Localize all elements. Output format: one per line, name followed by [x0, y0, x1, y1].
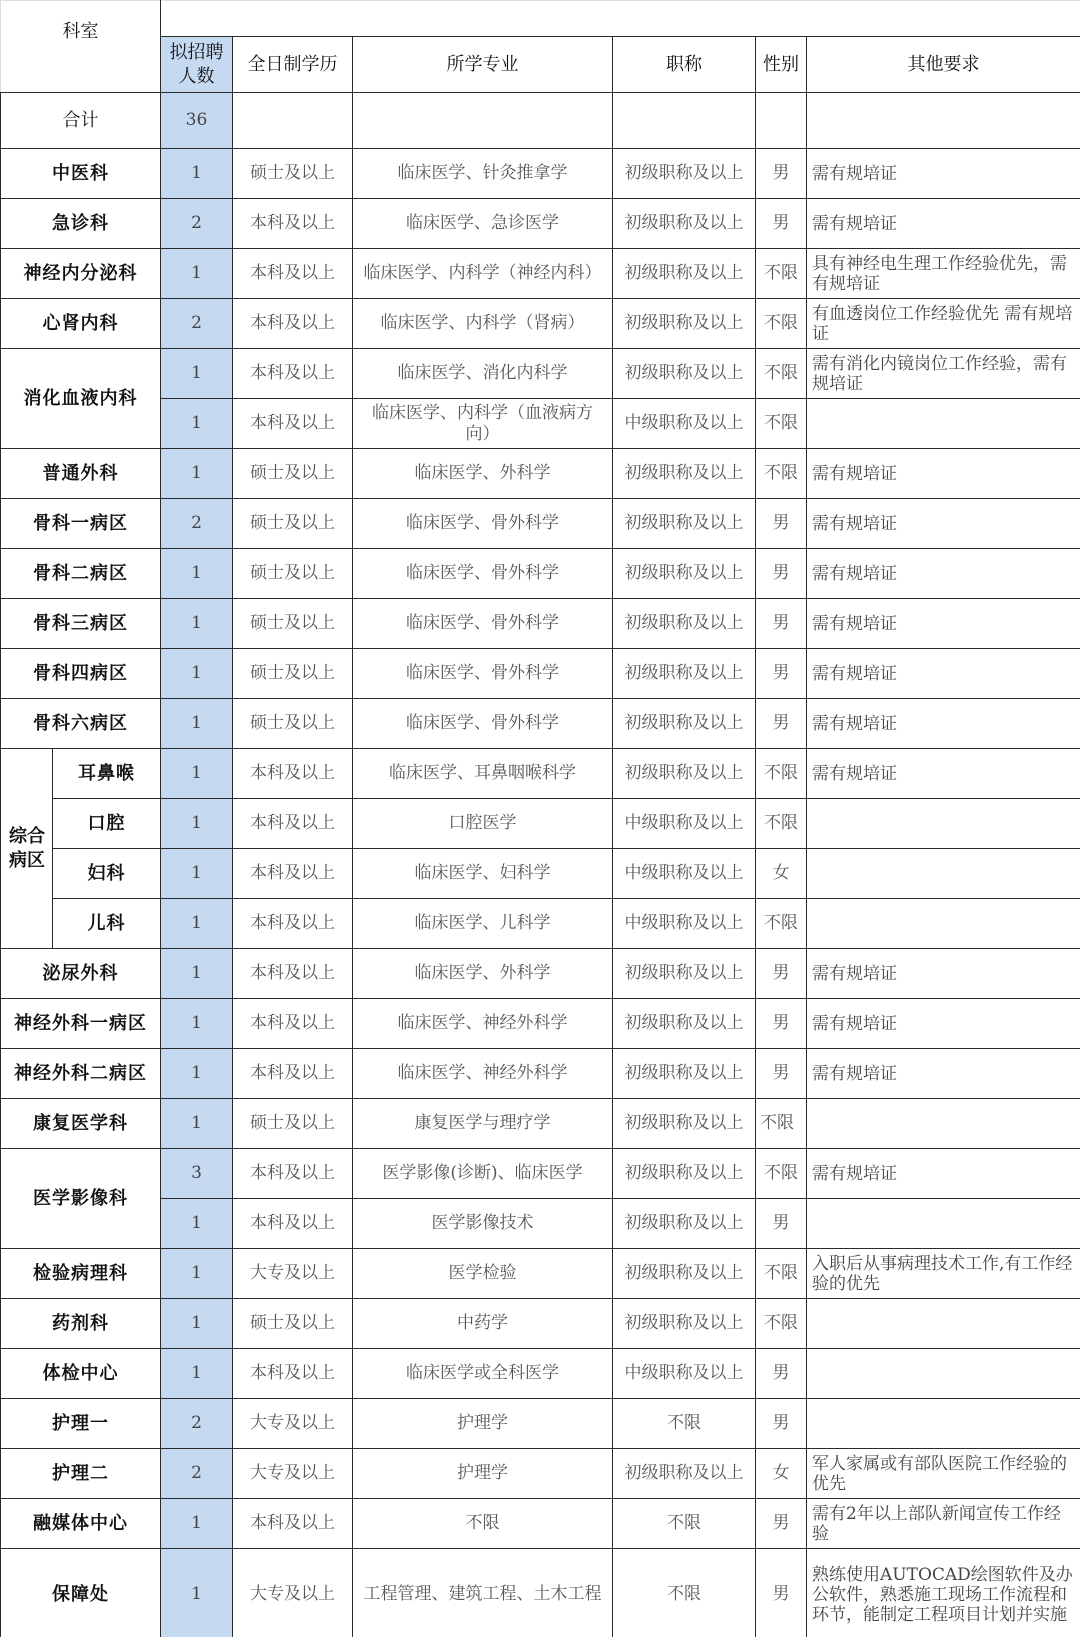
- title-cell: 初级职称及以上: [613, 1149, 756, 1199]
- count-cell: 1: [161, 1549, 233, 1637]
- major-cell: 医学检验: [353, 1249, 613, 1299]
- other-cell: [807, 1099, 1080, 1149]
- education-cell: 硕士及以上: [233, 599, 353, 649]
- title-cell: 初级职称及以上: [613, 1299, 756, 1349]
- education-cell: 本科及以上: [233, 949, 353, 999]
- title-cell: 初级职称及以上: [613, 149, 756, 199]
- title-cell: 初级职称及以上: [613, 549, 756, 599]
- major-cell: 护理学: [353, 1449, 613, 1499]
- gender-cell: 男: [756, 599, 807, 649]
- education-cell: 硕士及以上: [233, 499, 353, 549]
- gender-cell: 男: [756, 1399, 807, 1449]
- dept-cell: 泌尿外科: [1, 949, 161, 999]
- title-cell: 不限: [613, 1499, 756, 1549]
- education-cell: 大专及以上: [233, 1399, 353, 1449]
- gender-cell: 不限: [756, 449, 807, 499]
- dept-cell: 急诊科: [1, 199, 161, 249]
- education-cell: 硕士及以上: [233, 1099, 353, 1149]
- education-cell: 本科及以上: [233, 1049, 353, 1099]
- table-row: 消化血液内科 1 本科及以上 临床医学、消化内科学 初级职称及以上 不限 需有消…: [1, 349, 1080, 399]
- major-cell: 临床医学、内科学（血液病方向）: [353, 399, 613, 449]
- table-row: 骨科一病区 2 硕士及以上 临床医学、骨外科学 初级职称及以上 男 需有规培证: [1, 499, 1080, 549]
- gender-cell: 不限: [756, 349, 807, 399]
- title-cell: 初级职称及以上: [613, 749, 756, 799]
- header-education: 全日制学历: [233, 37, 353, 93]
- count-cell: 1: [161, 149, 233, 199]
- table-row: 中医科 1 硕士及以上 临床医学、针灸推拿学 初级职称及以上 男 需有规培证: [1, 149, 1080, 199]
- education-cell: 大专及以上: [233, 1449, 353, 1499]
- gender-cell: 男: [756, 999, 807, 1049]
- dept-cell: 儿科: [53, 899, 161, 949]
- education-cell: 本科及以上: [233, 849, 353, 899]
- dept-cell: 保障处: [1, 1549, 161, 1637]
- other-cell: 具有神经电生理工作经验优先，需有规培证: [807, 249, 1080, 299]
- cell-empty: [353, 93, 613, 149]
- title-cell: 初级职称及以上: [613, 949, 756, 999]
- title-cell: 初级职称及以上: [613, 649, 756, 699]
- dept-cell: 护理二: [1, 1449, 161, 1499]
- education-cell: 大专及以上: [233, 1549, 353, 1637]
- other-cell: 有血透岗位工作经验优先 需有规培证: [807, 299, 1080, 349]
- title-cell: 不限: [613, 1549, 756, 1637]
- cell-empty: [613, 93, 756, 149]
- table-row: 妇科 1 本科及以上 临床医学、妇科学 中级职称及以上 女: [1, 849, 1080, 899]
- table-row: 康复医学科 1 硕士及以上 康复医学与理疗学 初级职称及以上 不限: [1, 1099, 1080, 1149]
- dept-cell: 中医科: [1, 149, 161, 199]
- gender-cell: 男: [756, 149, 807, 199]
- count-cell: 1: [161, 849, 233, 899]
- education-cell: 硕士及以上: [233, 1299, 353, 1349]
- table-row: 骨科三病区 1 硕士及以上 临床医学、骨外科学 初级职称及以上 男 需有规培证: [1, 599, 1080, 649]
- other-cell: [807, 1349, 1080, 1399]
- table-row: 检验病理科 1 大专及以上 医学检验 初级职称及以上 不限 入职后从事病理技术工…: [1, 1249, 1080, 1299]
- other-cell: [807, 849, 1080, 899]
- major-cell: 不限: [353, 1499, 613, 1549]
- gender-cell: 不限: [756, 899, 807, 949]
- title-cell: 初级职称及以上: [613, 699, 756, 749]
- gender-cell: 不限: [756, 1249, 807, 1299]
- table-row: 1 本科及以上 临床医学、内科学（血液病方向） 中级职称及以上 不限: [1, 399, 1080, 449]
- dept-cell: 药剂科: [1, 1299, 161, 1349]
- gender-cell: 不限: [756, 1149, 807, 1199]
- other-cell: 需有规培证: [807, 449, 1080, 499]
- major-cell: 临床医学或全科医学: [353, 1349, 613, 1399]
- header-blank-band: [161, 1, 1080, 37]
- gender-cell: 不限: [756, 249, 807, 299]
- major-cell: 医学影像技术: [353, 1199, 613, 1249]
- major-cell: 中药学: [353, 1299, 613, 1349]
- total-label: 合计: [1, 93, 161, 149]
- table-row: 儿科 1 本科及以上 临床医学、儿科学 中级职称及以上 不限: [1, 899, 1080, 949]
- group-label: 综合病区: [9, 825, 47, 873]
- other-cell: [807, 1299, 1080, 1349]
- header-major: 所学专业: [353, 37, 613, 93]
- count-cell: 1: [161, 549, 233, 599]
- gender-cell: 不限: [756, 399, 807, 449]
- count-cell: 1: [161, 1249, 233, 1299]
- education-cell: 本科及以上: [233, 799, 353, 849]
- gender-cell: 不限: [756, 749, 807, 799]
- dept-cell: 口腔: [53, 799, 161, 849]
- count-cell: 2: [161, 1449, 233, 1499]
- table-row: 1 本科及以上 医学影像技术 初级职称及以上 男: [1, 1199, 1080, 1249]
- title-cell: 初级职称及以上: [613, 199, 756, 249]
- count-cell: 1: [161, 1499, 233, 1549]
- count-cell: 1: [161, 1299, 233, 1349]
- education-cell: 本科及以上: [233, 399, 353, 449]
- gender-cell: 不限: [756, 299, 807, 349]
- count-cell: 1: [161, 349, 233, 399]
- count-cell: 1: [161, 1099, 233, 1149]
- title-cell: 初级职称及以上: [613, 349, 756, 399]
- major-cell: 临床医学、骨外科学: [353, 599, 613, 649]
- gender-cell: 男: [756, 1499, 807, 1549]
- dept-cell: 骨科二病区: [1, 549, 161, 599]
- gender-cell: 女: [756, 1449, 807, 1499]
- other-cell: 需有规培证: [807, 199, 1080, 249]
- dept-cell: 妇科: [53, 849, 161, 899]
- other-cell: 入职后从事病理技术工作,有工作经验的优先: [807, 1249, 1080, 1299]
- major-cell: 临床医学、外科学: [353, 449, 613, 499]
- gender-cell: 男: [756, 1199, 807, 1249]
- gender-cell: 男: [756, 1549, 807, 1637]
- recruitment-table-sheet: 科室 拟招聘人数 全日制学历 所学专业 职称 性别 其他要求 合计 36 中医科…: [0, 0, 1080, 1637]
- cell-empty: [807, 93, 1080, 149]
- table-row: 急诊科 2 本科及以上 临床医学、急诊医学 初级职称及以上 男 需有规培证: [1, 199, 1080, 249]
- count-cell: 1: [161, 1049, 233, 1099]
- table-row: 保障处 1 大专及以上 工程管理、建筑工程、土木工程 不限 男 熟练使用AUTO…: [1, 1549, 1080, 1637]
- other-cell: [807, 1199, 1080, 1249]
- title-cell: 初级职称及以上: [613, 1249, 756, 1299]
- major-cell: 临床医学、骨外科学: [353, 699, 613, 749]
- count-cell: 1: [161, 699, 233, 749]
- education-cell: 本科及以上: [233, 1149, 353, 1199]
- major-cell: 临床医学、神经外科学: [353, 999, 613, 1049]
- education-cell: 硕士及以上: [233, 149, 353, 199]
- education-cell: 本科及以上: [233, 1349, 353, 1399]
- header-count-label: 拟招聘人数: [167, 41, 227, 89]
- major-cell: 临床医学、内科学（神经内科）: [353, 249, 613, 299]
- major-cell: 护理学: [353, 1399, 613, 1449]
- other-cell: 需有规培证: [807, 1149, 1080, 1199]
- title-cell: 初级职称及以上: [613, 599, 756, 649]
- table-row: 骨科四病区 1 硕士及以上 临床医学、骨外科学 初级职称及以上 男 需有规培证: [1, 649, 1080, 699]
- count-cell: 1: [161, 1199, 233, 1249]
- dept-cell: 骨科六病区: [1, 699, 161, 749]
- dept-cell: 骨科三病区: [1, 599, 161, 649]
- other-cell: 需有规培证: [807, 949, 1080, 999]
- total-row: 合计 36: [1, 93, 1080, 149]
- dept-cell: 神经内分泌科: [1, 249, 161, 299]
- table-row: 医学影像科 3 本科及以上 医学影像(诊断)、临床医学 初级职称及以上 不限 需…: [1, 1149, 1080, 1199]
- table-row: 神经外科二病区 1 本科及以上 临床医学、神经外科学 初级职称及以上 男 需有规…: [1, 1049, 1080, 1099]
- count-cell: 1: [161, 249, 233, 299]
- education-cell: 硕士及以上: [233, 699, 353, 749]
- dept-cell: 医学影像科: [1, 1149, 161, 1249]
- major-cell: 临床医学、妇科学: [353, 849, 613, 899]
- major-cell: 临床医学、儿科学: [353, 899, 613, 949]
- dept-cell: 神经外科一病区: [1, 999, 161, 1049]
- gender-cell: 男: [756, 699, 807, 749]
- cell-empty: [233, 93, 353, 149]
- education-cell: 本科及以上: [233, 299, 353, 349]
- title-cell: 不限: [613, 1399, 756, 1449]
- table-row: 骨科六病区 1 硕士及以上 临床医学、骨外科学 初级职称及以上 男 需有规培证: [1, 699, 1080, 749]
- dept-cell: 体检中心: [1, 1349, 161, 1399]
- other-cell: 熟练使用AUTOCAD绘图软件及办公软件，熟悉施工现场工作流程和环节，能制定工程…: [807, 1549, 1080, 1637]
- dept-cell: 消化血液内科: [1, 349, 161, 449]
- gender-cell: 不限: [756, 1099, 807, 1149]
- table-row: 神经内分泌科 1 本科及以上 临床医学、内科学（神经内科） 初级职称及以上 不限…: [1, 249, 1080, 299]
- dept-cell: 骨科一病区: [1, 499, 161, 549]
- recruitment-table: 科室 拟招聘人数 全日制学历 所学专业 职称 性别 其他要求 合计 36 中医科…: [0, 0, 1080, 1637]
- other-cell: 需有规培证: [807, 599, 1080, 649]
- education-cell: 本科及以上: [233, 999, 353, 1049]
- table-row: 药剂科 1 硕士及以上 中药学 初级职称及以上 不限: [1, 1299, 1080, 1349]
- title-cell: 中级职称及以上: [613, 899, 756, 949]
- dept-cell: 检验病理科: [1, 1249, 161, 1299]
- table-row: 体检中心 1 本科及以上 临床医学或全科医学 中级职称及以上 男: [1, 1349, 1080, 1399]
- count-cell: 1: [161, 899, 233, 949]
- major-cell: 临床医学、神经外科学: [353, 1049, 613, 1099]
- education-cell: 本科及以上: [233, 249, 353, 299]
- major-cell: 临床医学、急诊医学: [353, 199, 613, 249]
- count-cell: 1: [161, 949, 233, 999]
- count-cell: 2: [161, 299, 233, 349]
- title-cell: 初级职称及以上: [613, 1449, 756, 1499]
- header-other: 其他要求: [807, 37, 1080, 93]
- major-cell: 临床医学、骨外科学: [353, 499, 613, 549]
- title-cell: 初级职称及以上: [613, 1099, 756, 1149]
- gender-cell: 男: [756, 1049, 807, 1099]
- table-row: 综合病区 耳鼻喉 1 本科及以上 临床医学、耳鼻咽喉科学 初级职称及以上 不限 …: [1, 749, 1080, 799]
- count-cell: 2: [161, 1399, 233, 1449]
- dept-cell: 心肾内科: [1, 299, 161, 349]
- other-cell: 需有规培证: [807, 149, 1080, 199]
- title-cell: 中级职称及以上: [613, 799, 756, 849]
- gender-cell: 男: [756, 949, 807, 999]
- other-cell: 需有规培证: [807, 749, 1080, 799]
- gender-cell: 男: [756, 549, 807, 599]
- major-cell: 口腔医学: [353, 799, 613, 849]
- dept-cell: 融媒体中心: [1, 1499, 161, 1549]
- title-cell: 初级职称及以上: [613, 499, 756, 549]
- dept-cell: 神经外科二病区: [1, 1049, 161, 1099]
- gender-cell: 不限: [756, 799, 807, 849]
- other-cell: [807, 899, 1080, 949]
- major-cell: 医学影像(诊断)、临床医学: [353, 1149, 613, 1199]
- major-cell: 临床医学、耳鼻咽喉科学: [353, 749, 613, 799]
- other-cell: 需有规培证: [807, 999, 1080, 1049]
- major-cell: 临床医学、外科学: [353, 949, 613, 999]
- gender-cell: 男: [756, 1349, 807, 1399]
- title-cell: 中级职称及以上: [613, 1349, 756, 1399]
- major-cell: 工程管理、建筑工程、土木工程: [353, 1549, 613, 1637]
- other-cell: 需有消化内镜岗位工作经验，需有规培证: [807, 349, 1080, 399]
- count-cell: 1: [161, 799, 233, 849]
- count-cell: 1: [161, 649, 233, 699]
- dept-cell: 普通外科: [1, 449, 161, 499]
- education-cell: 本科及以上: [233, 1499, 353, 1549]
- other-cell: [807, 399, 1080, 449]
- header-title: 职称: [613, 37, 756, 93]
- education-cell: 本科及以上: [233, 349, 353, 399]
- cell-empty: [756, 93, 807, 149]
- table-row: 心肾内科 2 本科及以上 临床医学、内科学（肾病） 初级职称及以上 不限 有血透…: [1, 299, 1080, 349]
- count-cell: 1: [161, 399, 233, 449]
- major-cell: 临床医学、骨外科学: [353, 549, 613, 599]
- title-cell: 初级职称及以上: [613, 999, 756, 1049]
- education-cell: 本科及以上: [233, 899, 353, 949]
- total-count: 36: [161, 93, 233, 149]
- education-cell: 大专及以上: [233, 1249, 353, 1299]
- title-cell: 初级职称及以上: [613, 449, 756, 499]
- education-cell: 本科及以上: [233, 1199, 353, 1249]
- gender-cell: 不限: [756, 1299, 807, 1349]
- table-row: 融媒体中心 1 本科及以上 不限 不限 男 需有2年以上部队新闻宣传工作经验: [1, 1499, 1080, 1549]
- other-cell: 需有规培证: [807, 549, 1080, 599]
- gender-cell: 男: [756, 499, 807, 549]
- count-cell: 1: [161, 599, 233, 649]
- title-cell: 中级职称及以上: [613, 849, 756, 899]
- header-count: 拟招聘人数: [161, 37, 233, 93]
- table-row: 护理二 2 大专及以上 护理学 初级职称及以上 女 军人家属或有部队医院工作经验…: [1, 1449, 1080, 1499]
- other-cell: 需有规培证: [807, 699, 1080, 749]
- header-gender: 性别: [756, 37, 807, 93]
- count-cell: 1: [161, 1349, 233, 1399]
- dept-cell: 护理一: [1, 1399, 161, 1449]
- other-cell: 军人家属或有部队医院工作经验的优先: [807, 1449, 1080, 1499]
- count-cell: 3: [161, 1149, 233, 1199]
- gender-cell: 男: [756, 649, 807, 699]
- header-department: 科室: [1, 1, 161, 93]
- other-cell: 需有2年以上部队新闻宣传工作经验: [807, 1499, 1080, 1549]
- other-cell: [807, 799, 1080, 849]
- table-row: 普通外科 1 硕士及以上 临床医学、外科学 初级职称及以上 不限 需有规培证: [1, 449, 1080, 499]
- table-row: 护理一 2 大专及以上 护理学 不限 男: [1, 1399, 1080, 1449]
- other-cell: [807, 1399, 1080, 1449]
- count-cell: 1: [161, 749, 233, 799]
- title-cell: 中级职称及以上: [613, 399, 756, 449]
- dept-cell: 耳鼻喉: [53, 749, 161, 799]
- major-cell: 康复医学与理疗学: [353, 1099, 613, 1149]
- major-cell: 临床医学、骨外科学: [353, 649, 613, 699]
- education-cell: 硕士及以上: [233, 449, 353, 499]
- title-cell: 初级职称及以上: [613, 1049, 756, 1099]
- education-cell: 本科及以上: [233, 199, 353, 249]
- table-row: 口腔 1 本科及以上 口腔医学 中级职称及以上 不限: [1, 799, 1080, 849]
- count-cell: 2: [161, 499, 233, 549]
- group-cell: 综合病区: [1, 749, 53, 949]
- count-cell: 1: [161, 999, 233, 1049]
- education-cell: 本科及以上: [233, 749, 353, 799]
- gender-cell: 女: [756, 849, 807, 899]
- table-row: 泌尿外科 1 本科及以上 临床医学、外科学 初级职称及以上 男 需有规培证: [1, 949, 1080, 999]
- gender-cell: 男: [756, 199, 807, 249]
- count-cell: 1: [161, 449, 233, 499]
- major-cell: 临床医学、消化内科学: [353, 349, 613, 399]
- other-cell: 需有规培证: [807, 499, 1080, 549]
- title-cell: 初级职称及以上: [613, 1199, 756, 1249]
- other-cell: 需有规培证: [807, 1049, 1080, 1099]
- table-row: 神经外科一病区 1 本科及以上 临床医学、神经外科学 初级职称及以上 男 需有规…: [1, 999, 1080, 1049]
- major-cell: 临床医学、内科学（肾病）: [353, 299, 613, 349]
- title-cell: 初级职称及以上: [613, 249, 756, 299]
- education-cell: 硕士及以上: [233, 549, 353, 599]
- education-cell: 硕士及以上: [233, 649, 353, 699]
- table-row: 骨科二病区 1 硕士及以上 临床医学、骨外科学 初级职称及以上 男 需有规培证: [1, 549, 1080, 599]
- other-cell: 需有规培证: [807, 649, 1080, 699]
- dept-cell: 康复医学科: [1, 1099, 161, 1149]
- count-cell: 2: [161, 199, 233, 249]
- dept-cell: 骨科四病区: [1, 649, 161, 699]
- major-cell: 临床医学、针灸推拿学: [353, 149, 613, 199]
- title-cell: 初级职称及以上: [613, 299, 756, 349]
